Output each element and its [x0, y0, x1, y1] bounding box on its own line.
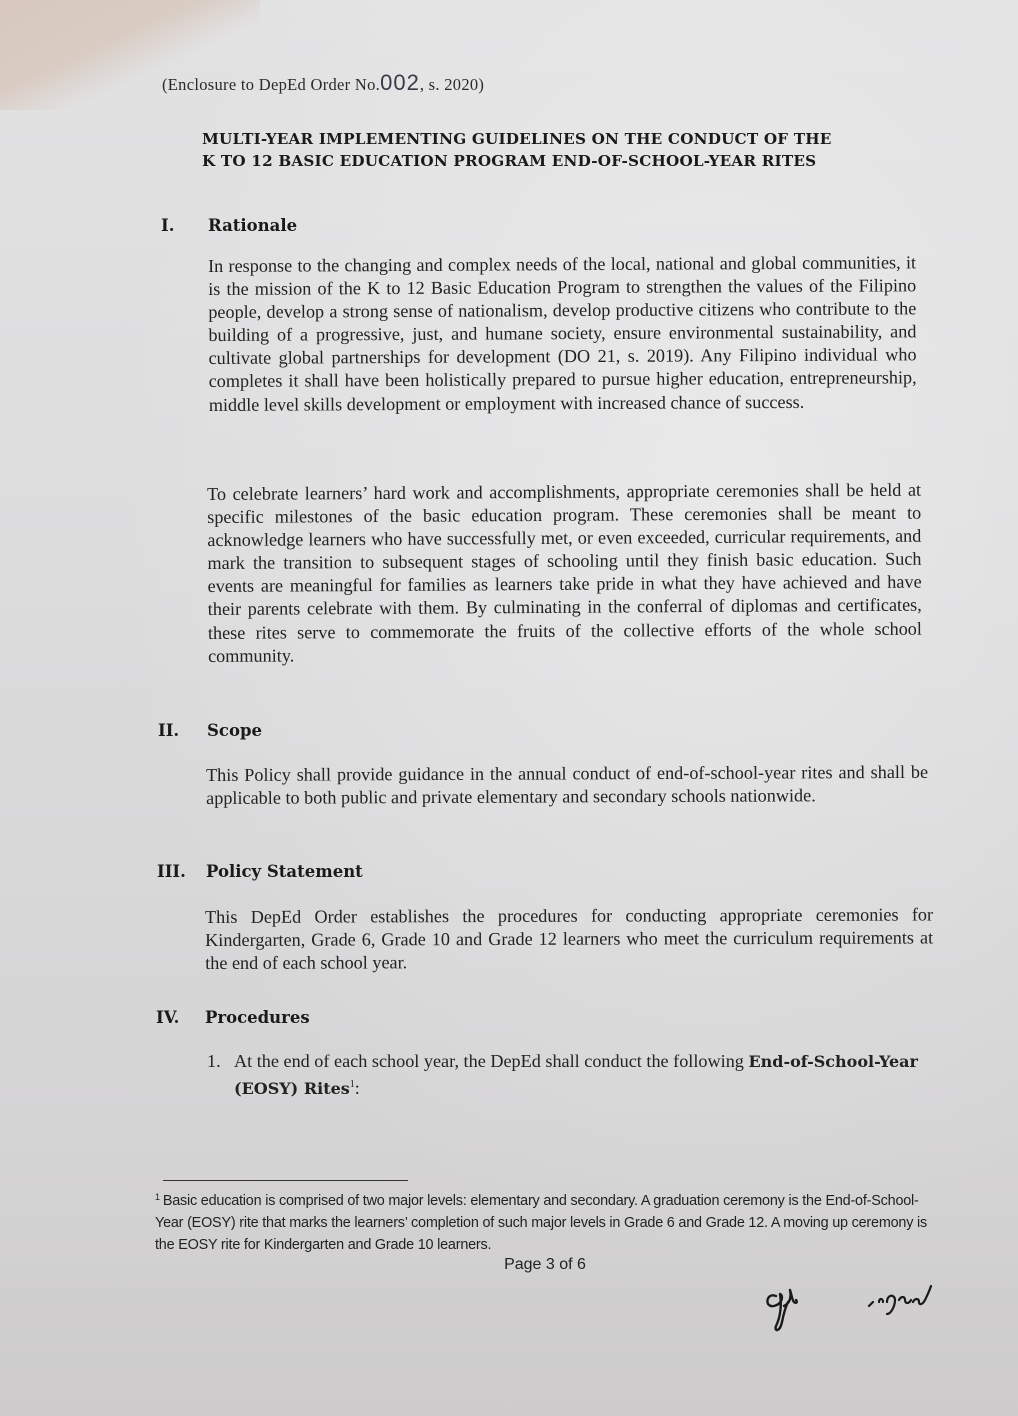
enclosure-suffix: , s. 2020) — [420, 75, 484, 94]
procedure-text-plain: At the end of each school year, the DepE… — [234, 1051, 748, 1071]
footnote-text: Basic education is comprised of two majo… — [155, 1193, 927, 1253]
section-number: IV. — [156, 1008, 179, 1027]
rationale-paragraph-2: To celebrate learners’ hard work and acc… — [207, 479, 922, 668]
procedure-item-1: 1. At the end of each school year, the D… — [207, 1050, 937, 1100]
section-title: Policy Statement — [206, 862, 363, 881]
section-title: Rationale — [208, 216, 297, 235]
page-indicator: Page 3 of 6 — [0, 1256, 1018, 1274]
procedure-text: At the end of each school year, the DepE… — [234, 1050, 937, 1100]
title-line-2: K TO 12 BASIC EDUCATION PROGRAM END-OF-S… — [202, 150, 882, 172]
section-number: III. — [157, 862, 186, 881]
rationale-paragraph-1: In response to the changing and complex … — [208, 251, 917, 416]
procedure-text-end: : — [355, 1078, 360, 1098]
document-title: MULTI-YEAR IMPLEMENTING GUIDELINES ON TH… — [202, 128, 882, 172]
title-line-1: MULTI-YEAR IMPLEMENTING GUIDELINES ON TH… — [202, 128, 882, 150]
section-title: Procedures — [205, 1008, 310, 1027]
enclosure-reference: (Enclosure to DepEd Order No.002, s. 202… — [162, 70, 484, 96]
section-number: II. — [158, 721, 179, 740]
section-number: I. — [161, 216, 174, 235]
scope-paragraph: This Policy shall provide guidance in th… — [206, 761, 928, 810]
order-number: 002 — [380, 70, 420, 95]
footnote-marker: 1 — [155, 1192, 160, 1202]
initials-signature-icon — [762, 1282, 832, 1342]
footnote-divider — [163, 1180, 408, 1181]
section-title: Scope — [207, 721, 262, 740]
policy-statement-paragraph: This DepEd Order establishes the procedu… — [205, 903, 933, 975]
list-marker: 1. — [207, 1050, 221, 1073]
footnote: 1Basic education is comprised of two maj… — [155, 1186, 935, 1256]
document-page: (Enclosure to DepEd Order No.002, s. 202… — [0, 0, 1018, 1416]
enclosure-prefix: (Enclosure to DepEd Order No. — [162, 75, 380, 94]
second-signature-icon — [865, 1280, 955, 1320]
